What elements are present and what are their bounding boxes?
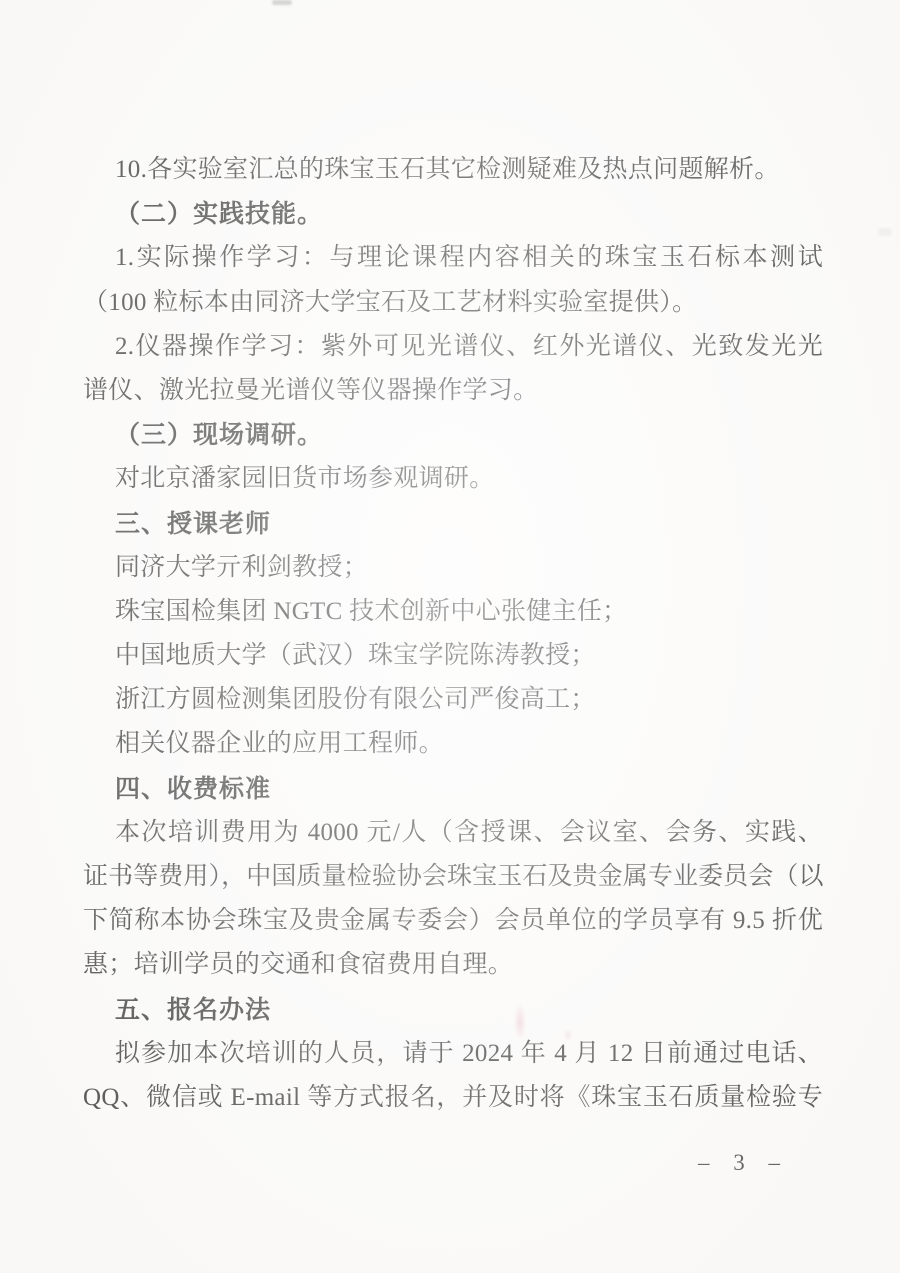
section-heading: （三）现场调研。 (83, 413, 823, 457)
section-heading: 五、报名办法 (83, 988, 823, 1032)
body-line: 谱仪、激光拉曼光谱仪等仪器操作学习。 (83, 369, 823, 413)
body-line: 下简称本协会珠宝及贵金属专委会）会员单位的学员享有 9.5 折优 (83, 899, 823, 943)
body-line: 同济大学亓利剑教授； (83, 546, 823, 590)
body-line: QQ、微信或 E-mail 等方式报名，并及时将《珠宝玉石质量检验专 (83, 1076, 823, 1120)
body-line: 珠宝国检集团 NGTC 技术创新中心张健主任； (83, 590, 823, 634)
body-line: 证书等费用），中国质量检验协会珠宝玉石及贵金属专业委员会（以 (83, 855, 823, 899)
body-line: 1.实际操作学习：与理论课程内容相关的珠宝玉石标本测试 (83, 236, 823, 280)
section-heading: 三、授课老师 (83, 502, 823, 546)
scan-artifact (878, 228, 892, 236)
body-line: 10.各实验室汇总的珠宝玉石其它检测疑难及热点问题解析。 (83, 148, 823, 192)
section-heading: （二）实践技能。 (83, 192, 823, 236)
body-line: 浙江方圆检测集团股份有限公司严俊高工； (83, 678, 823, 722)
section-heading: 四、收费标准 (83, 767, 823, 811)
body-line: 拟参加本次培训的人员，请于 2024 年 4 月 12 日前通过电话、 (83, 1032, 823, 1076)
body-line: 中国地质大学（武汉）珠宝学院陈涛教授； (83, 634, 823, 678)
document-body: 10.各实验室汇总的珠宝玉石其它检测疑难及热点问题解析。 （二）实践技能。 1.… (83, 148, 823, 1120)
page-number: – 3 – (698, 1150, 789, 1176)
body-line: 相关仪器企业的应用工程师。 (83, 722, 823, 766)
body-line: 惠；培训学员的交通和食宿费用自理。 (83, 943, 823, 987)
scanned-document-page: 10.各实验室汇总的珠宝玉石其它检测疑难及热点问题解析。 （二）实践技能。 1.… (0, 0, 900, 1273)
body-line: 对北京潘家园旧货市场参观调研。 (83, 457, 823, 501)
body-line: 本次培训费用为 4000 元/人（含授课、会议室、会务、实践、 (83, 811, 823, 855)
body-line: 2.仪器操作学习：紫外可见光谱仪、红外光谱仪、光致发光光 (83, 325, 823, 369)
body-line: （100 粒标本由同济大学宝石及工艺材料实验室提供）。 (83, 281, 823, 325)
scan-artifact (272, 0, 292, 5)
